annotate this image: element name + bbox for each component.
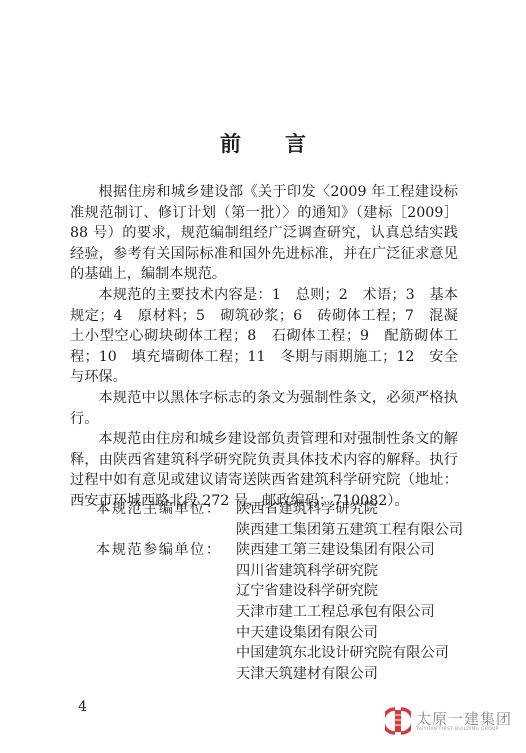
chief-editor-row: 本规范主编单位： 陕西省建筑科学研究院 bbox=[96, 499, 463, 520]
page-title: 前言 bbox=[0, 128, 526, 158]
logo-text: 太原一建集团 TAIYUAN FIRST BUILDING GROUP bbox=[416, 711, 512, 732]
participating-editor-row: 天津天筑建材有限公司 bbox=[96, 664, 463, 685]
label-spacer bbox=[96, 623, 236, 644]
paragraph-mandatory: 本规范中以黑体字标志的条文为强制性条文，必须严格执行。 bbox=[70, 388, 458, 429]
title-char-2: 言 bbox=[285, 128, 306, 158]
participating-editor-row: 中天建设集团有限公司 bbox=[96, 623, 463, 644]
label-spacer bbox=[96, 581, 236, 602]
participating-editor-row: 辽宁省建设科学研究院 bbox=[96, 581, 463, 602]
chief-editor-unit: 陕西省建筑科学研究院 bbox=[236, 499, 378, 520]
participating-editor-row: 本规范参编单位： 陕西建工第三建设集团有限公司 bbox=[96, 540, 463, 561]
label-spacer bbox=[96, 520, 236, 541]
label-spacer bbox=[96, 664, 236, 685]
participating-editor-row: 天津市建工工程总承包有限公司 bbox=[96, 602, 463, 623]
editor-units: 本规范主编单位： 陕西省建筑科学研究院 陕西建工集团第五建筑工程有限公司 本规范… bbox=[96, 499, 463, 684]
participating-editor-unit: 中国建筑东北设计研究院有限公司 bbox=[236, 643, 449, 664]
participating-editor-unit: 天津天筑建材有限公司 bbox=[236, 664, 378, 685]
participating-editor-unit: 陕西建工第三建设集团有限公司 bbox=[236, 540, 435, 561]
preface-body: 根据住房和城乡建设部《关于印发〈2009 年工程建设标准规范制订、修订计划（第一… bbox=[70, 182, 458, 512]
participating-editor-unit: 中天建设集团有限公司 bbox=[236, 623, 378, 644]
label-spacer bbox=[96, 602, 236, 623]
title-char-1: 前 bbox=[220, 128, 241, 158]
participating-editor-label: 本规范参编单位： bbox=[96, 540, 236, 561]
participating-editor-row: 中国建筑东北设计研究院有限公司 bbox=[96, 643, 463, 664]
label-spacer bbox=[96, 643, 236, 664]
chief-editor-label: 本规范主编单位： bbox=[96, 499, 236, 520]
participating-editor-unit: 四川省建筑科学研究院 bbox=[236, 561, 378, 582]
page-number: 4 bbox=[78, 699, 87, 715]
paragraph-basis: 根据住房和城乡建设部《关于印发〈2009 年工程建设标准规范制订、修订计划（第一… bbox=[70, 182, 458, 285]
participating-editor-unit: 天津市建工工程总承包有限公司 bbox=[236, 602, 435, 623]
participating-editor-row: 四川省建筑科学研究院 bbox=[96, 561, 463, 582]
participating-editor-unit: 辽宁省建设科学研究院 bbox=[236, 581, 378, 602]
chief-editor-unit: 陕西建工集团第五建筑工程有限公司 bbox=[236, 520, 463, 541]
chief-editor-row: 陕西建工集团第五建筑工程有限公司 bbox=[96, 520, 463, 541]
watermark-logo: 太原一建集团 TAIYUAN FIRST BUILDING GROUP bbox=[385, 706, 512, 736]
logo-name-en: TAIYUAN FIRST BUILDING GROUP bbox=[416, 727, 512, 732]
label-spacer bbox=[96, 561, 236, 582]
paragraph-contents: 本规范的主要技术内容是：1 总则；2 术语；3 基本规定；4 原材料；5 砌筑砂… bbox=[70, 285, 458, 388]
company-logo-icon bbox=[385, 706, 411, 736]
logo-name-cn: 太原一建集团 bbox=[416, 711, 512, 727]
